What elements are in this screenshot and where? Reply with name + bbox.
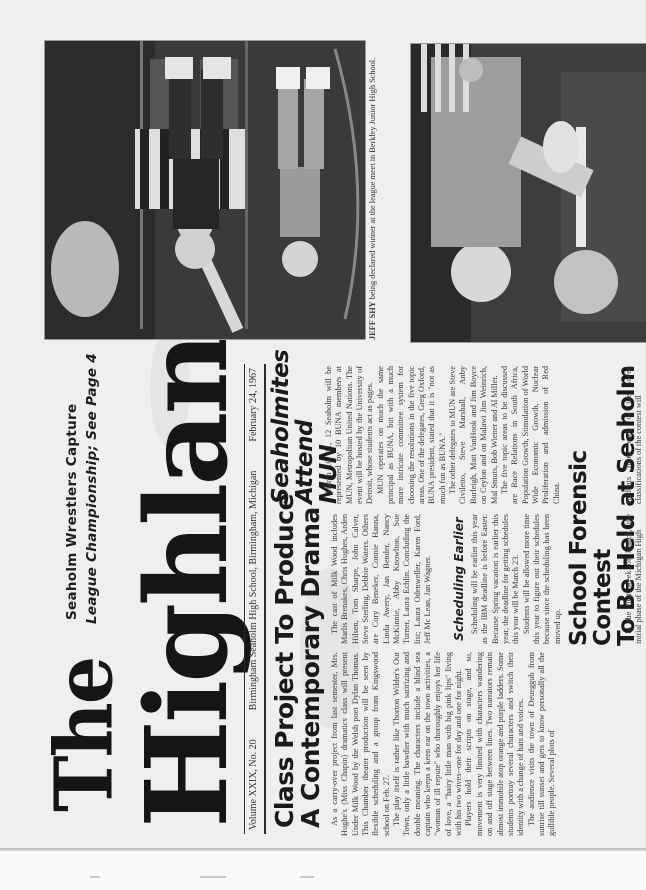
teaser-line-1[interactable]: Seaholm Wrestlers Capture [64, 404, 80, 620]
paragraph: The play itself is rather like Thorton W… [392, 652, 464, 836]
article-class-project-col2: The cast of Milk Wood includes Marlis Br… [330, 514, 433, 644]
photo-caption: JEFF SHY being declared winner at the le… [368, 42, 378, 340]
school-location: Birmingham Seaholm High School, Birmingh… [248, 471, 259, 711]
headline-line: School Forensic Contest [568, 356, 616, 646]
scan-mark [300, 876, 314, 878]
article-mun: March 10, 11, 12 Seaholm will be represe… [324, 366, 562, 504]
scan-mark [200, 876, 226, 878]
caption-name: JEFF SHY [368, 301, 377, 340]
paragraph: Students will be allowed more time this … [522, 514, 563, 644]
newspaper-page-rotated: The Highlander Seaholm Wrestlers Capture… [0, 0, 646, 890]
scan-mark [90, 876, 100, 878]
photo-wrestling-match[interactable] [44, 40, 366, 340]
paragraph: The five topic areas to be discussed are… [500, 366, 562, 504]
article-forensic-col-b: students from each of the seven classifi… [624, 366, 646, 504]
caption-text: being declared winner at the league meet… [368, 58, 377, 302]
volume-number: Volume XXIX, No. 20 [248, 739, 259, 830]
paragraph: The cast of Milk Wood includes Marlis Br… [330, 514, 433, 644]
paragraph: March 10, 11, 12 Seaholm will be represe… [324, 366, 376, 504]
paragraph: Players hold their scripts on stage, and… [464, 652, 526, 836]
issue-date: February 24, 1967 [248, 368, 259, 442]
paragraph: The audience visits the town of Deueggub… [527, 652, 558, 836]
paragraph: In the first week of March, the initial … [624, 514, 645, 644]
paragraph: students from each of the seven classifi… [624, 366, 645, 504]
paragraph: The other delegates to MUN are Steve Civ… [448, 366, 500, 504]
headline-line: Seaholmites [270, 364, 294, 504]
headline-line: A Contemporary Drama [298, 488, 324, 828]
article-class-project-col1: As a carry-over project from last semest… [330, 652, 646, 836]
article-forensic-col-a: In the first week of March, the initial … [624, 514, 646, 644]
page-edge [0, 848, 646, 851]
subhead-scheduling[interactable]: Scheduling Earlier [452, 514, 466, 644]
masthead-the: The [44, 658, 124, 812]
scanner-background [0, 848, 646, 890]
headline-class-project[interactable]: Class Project To Produce A Contemporary … [272, 488, 324, 828]
dateline-rule-bottom [264, 364, 266, 834]
dateline-rule-top [244, 364, 245, 834]
article-scheduling: Scheduling will be earlier this year as … [470, 514, 563, 644]
paragraph: As a carry-over project from last semest… [330, 652, 392, 836]
headline-line: Class Project To Produce [272, 488, 298, 828]
teaser-line-2[interactable]: League Championship; See Page 4 [84, 353, 100, 624]
handshake-photo-image [411, 44, 646, 342]
paragraph: Scheduling will be earlier this year as … [470, 514, 522, 644]
dateline: Volume XXIX, No. 20 Birmingham Seaholm H… [248, 368, 259, 830]
wrestling-photo-image [45, 41, 365, 339]
photo-handshake[interactable] [410, 43, 646, 343]
paragraph: MUN operates on much the same principal … [376, 366, 448, 504]
